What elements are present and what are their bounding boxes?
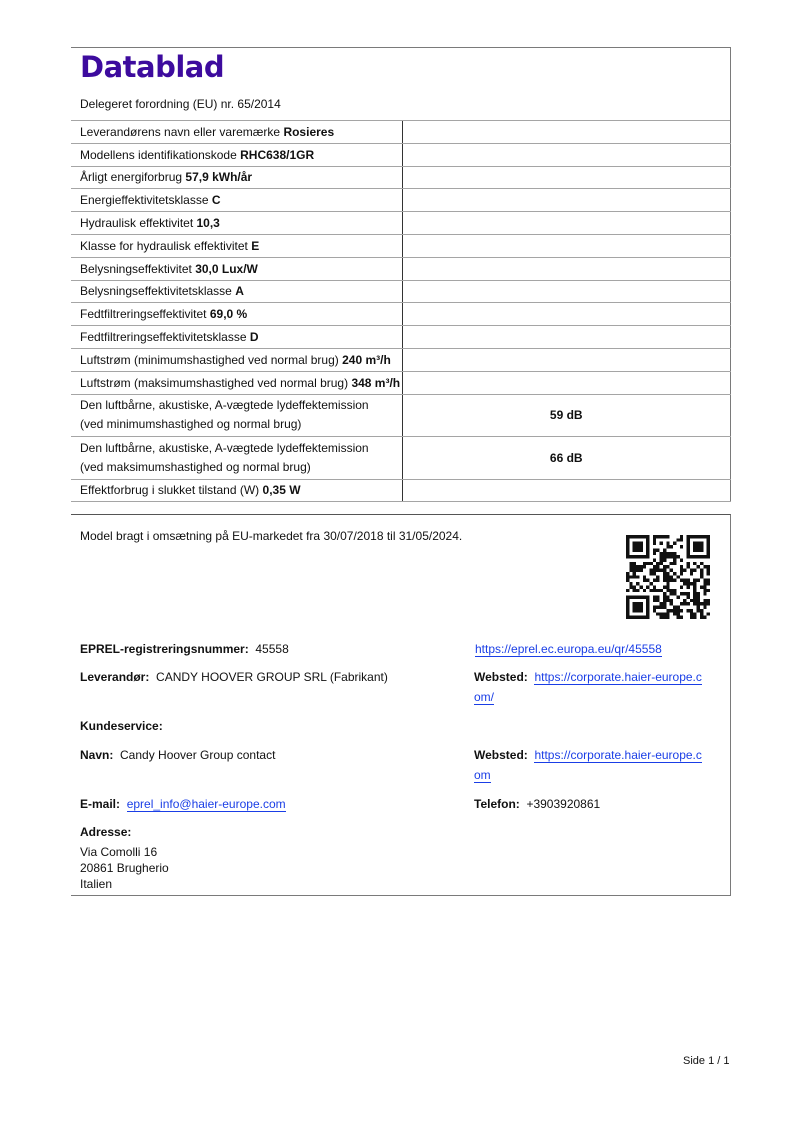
spec-row: Fedtfiltreringseffektivitetsklasse D — [71, 326, 731, 349]
supplier-label: Leverandør: — [80, 670, 149, 684]
spec-label: Modellens identifikationskode — [80, 148, 237, 162]
spec-value-cell — [402, 121, 731, 144]
spec-value: C — [212, 193, 221, 207]
supplier-website-link[interactable]: https://corporate.haier-europe.c — [534, 670, 701, 685]
noise-label-line2: (ved minimumshastighed og normal brug) — [80, 415, 402, 434]
spec-label-cell: Belysningseffektivitet 30,0 Lux/W — [71, 257, 402, 280]
email-link[interactable]: eprel_info@haier-europe.com — [127, 797, 286, 812]
spec-label: Belysningseffektivitetsklasse — [80, 284, 232, 298]
off-mode-label: Effektforbrug i slukket tilstand (W) — [80, 483, 259, 497]
supplier-value: CANDY HOOVER GROUP SRL (Fabrikant) — [156, 670, 388, 684]
spec-value: 30,0 Lux/W — [195, 262, 258, 276]
spec-value-cell — [402, 371, 731, 394]
spec-value-cell — [402, 189, 731, 212]
spec-label: Klasse for hydraulisk effektivitet — [80, 239, 248, 253]
page-number: Side 1 / 1 — [683, 1055, 729, 1067]
spec-value-cell — [402, 234, 731, 257]
spec-value: 348 m³/h — [351, 376, 400, 390]
spec-value: 69,0 % — [210, 307, 247, 321]
spec-label: Leverandørens navn eller varemærke — [80, 125, 280, 139]
spec-value: E — [251, 239, 259, 253]
phone-label: Telefon: — [474, 797, 520, 811]
spec-label-cell: Belysningseffektivitetsklasse A — [71, 280, 402, 303]
noise-label-line2: (ved maksimumshastighed og normal brug) — [80, 458, 402, 477]
spec-value-cell — [402, 212, 731, 235]
spec-value: 10,3 — [197, 216, 220, 230]
qr-code-icon[interactable] — [626, 535, 710, 619]
regulation-subtitle: Delegeret forordning (EU) nr. 65/2014 — [80, 97, 281, 111]
market-period-text: Model bragt i omsætning på EU-markedet f… — [80, 529, 462, 543]
noise-label-line1: Den luftbårne, akustiske, A-vægtede lyde… — [80, 439, 402, 458]
spec-label-cell: Årligt energiforbrug 57,9 kWh/år — [71, 166, 402, 189]
spec-value-cell — [402, 348, 731, 371]
spec-value-cell — [402, 166, 731, 189]
customer-service-heading: Kundeservice: — [80, 719, 163, 733]
spec-value-cell — [402, 326, 731, 349]
noise-label-line1: Den luftbårne, akustiske, A-vægtede lyde… — [80, 396, 402, 415]
spec-label-cell: Klasse for hydraulisk effektivitet E — [71, 234, 402, 257]
address-line: Italien — [80, 876, 169, 892]
eprel-link[interactable]: https://eprel.ec.europa.eu/qr/45558 — [475, 642, 662, 657]
service-website-link-cont[interactable]: om — [474, 768, 491, 783]
spec-value-cell — [402, 303, 731, 326]
spec-label-cell: Fedtfiltreringseffektivitet 69,0 % — [71, 303, 402, 326]
service-website-row: Websted: https://corporate.haier-europe.… — [474, 748, 702, 762]
spec-value-cell — [402, 280, 731, 303]
eprel-label: EPREL-registreringsnummer: — [80, 642, 249, 656]
spec-label-cell: Luftstrøm (minimumshastighed ved normal … — [71, 348, 402, 371]
service-website-label: Websted: — [474, 748, 528, 762]
supplier-website-row: Websted: https://corporate.haier-europe.… — [474, 670, 702, 684]
spec-row: Klasse for hydraulisk effektivitet E — [71, 234, 731, 257]
spec-label: Hydraulisk effektivitet — [80, 216, 193, 230]
spec-label: Luftstrøm (minimumshastighed ved normal … — [80, 353, 339, 367]
off-mode-value: 0,35 W — [263, 483, 301, 497]
phone-row: Telefon: +3903920861 — [474, 797, 600, 811]
supplier-row: Leverandør: CANDY HOOVER GROUP SRL (Fabr… — [80, 670, 388, 684]
spec-label-cell: Hydraulisk effektivitet 10,3 — [71, 212, 402, 235]
spec-label: Luftstrøm (maksimumshastighed ved normal… — [80, 376, 348, 390]
spec-row: Energieffektivitetsklasse C — [71, 189, 731, 212]
spec-label-cell: Energieffektivitetsklasse C — [71, 189, 402, 212]
spec-value: 240 m³/h — [342, 353, 391, 367]
noise-value: 66 dB — [402, 437, 731, 480]
spec-value: RHC638/1GR — [240, 148, 314, 162]
spec-label: Belysningseffektivitet — [80, 262, 192, 276]
page-title: Datablad — [80, 50, 224, 84]
off-mode-row: Effektforbrug i slukket tilstand (W) 0,3… — [71, 479, 731, 502]
spec-value: A — [235, 284, 244, 298]
spec-row: Luftstrøm (minimumshastighed ved normal … — [71, 348, 731, 371]
spec-row: Leverandørens navn eller varemærke Rosie… — [71, 121, 731, 144]
address-label: Adresse: — [80, 825, 131, 839]
spec-value-cell — [402, 143, 731, 166]
spec-row: Luftstrøm (maksimumshastighed ved normal… — [71, 371, 731, 394]
address-line: Via Comolli 16 — [80, 844, 169, 860]
spec-label-cell: Fedtfiltreringseffektivitetsklasse D — [71, 326, 402, 349]
spec-row: Fedtfiltreringseffektivitet 69,0 % — [71, 303, 731, 326]
spec-row: Årligt energiforbrug 57,9 kWh/år — [71, 166, 731, 189]
off-mode-value-cell — [402, 479, 731, 502]
address-block: Via Comolli 16 20861 Brugherio Italien — [80, 844, 169, 892]
spec-label-cell: Modellens identifikationskode RHC638/1GR — [71, 143, 402, 166]
noise-row: Den luftbårne, akustiske, A-vægtede lyde… — [71, 437, 731, 480]
spec-label: Årligt energiforbrug — [80, 170, 182, 184]
spec-value: Rosieres — [283, 125, 334, 139]
spec-label-cell: Leverandørens navn eller varemærke Rosie… — [71, 121, 402, 144]
service-website-link[interactable]: https://corporate.haier-europe.c — [534, 748, 701, 763]
contact-name-value: Candy Hoover Group contact — [120, 748, 275, 762]
spec-row: Belysningseffektivitet 30,0 Lux/W — [71, 257, 731, 280]
email-row: E-mail: eprel_info@haier-europe.com — [80, 797, 286, 811]
spec-value-cell — [402, 257, 731, 280]
spec-label: Fedtfiltreringseffektivitet — [80, 307, 207, 321]
noise-value: 59 dB — [402, 394, 731, 437]
off-mode-label-cell: Effektforbrug i slukket tilstand (W) 0,3… — [71, 479, 402, 502]
spec-value: 57,9 kWh/år — [185, 170, 252, 184]
address-line: 20861 Brugherio — [80, 860, 169, 876]
supplier-website-link-cont[interactable]: om/ — [474, 690, 494, 705]
spec-value: D — [250, 330, 259, 344]
noise-label-cell: Den luftbårne, akustiske, A-vægtede lyde… — [71, 394, 402, 437]
spec-row: Hydraulisk effektivitet 10,3 — [71, 212, 731, 235]
contact-name-label: Navn: — [80, 748, 113, 762]
eprel-value: 45558 — [255, 642, 288, 656]
noise-label-cell: Den luftbårne, akustiske, A-vægtede lyde… — [71, 437, 402, 480]
spec-row: Belysningseffektivitetsklasse A — [71, 280, 731, 303]
spec-label-cell: Luftstrøm (maksimumshastighed ved normal… — [71, 371, 402, 394]
supplier-website-label: Websted: — [474, 670, 528, 684]
spec-table: Leverandørens navn eller varemærke Rosie… — [71, 120, 731, 502]
phone-value: +3903920861 — [526, 797, 600, 811]
spec-label: Fedtfiltreringseffektivitetsklasse — [80, 330, 247, 344]
contact-name-row: Navn: Candy Hoover Group contact — [80, 748, 275, 762]
spec-row: Modellens identifikationskode RHC638/1GR — [71, 143, 731, 166]
noise-row: Den luftbårne, akustiske, A-vægtede lyde… — [71, 394, 731, 437]
eprel-number: EPREL-registreringsnummer: 45558 — [80, 642, 289, 656]
spec-label: Energieffektivitetsklasse — [80, 193, 209, 207]
email-label: E-mail: — [80, 797, 120, 811]
